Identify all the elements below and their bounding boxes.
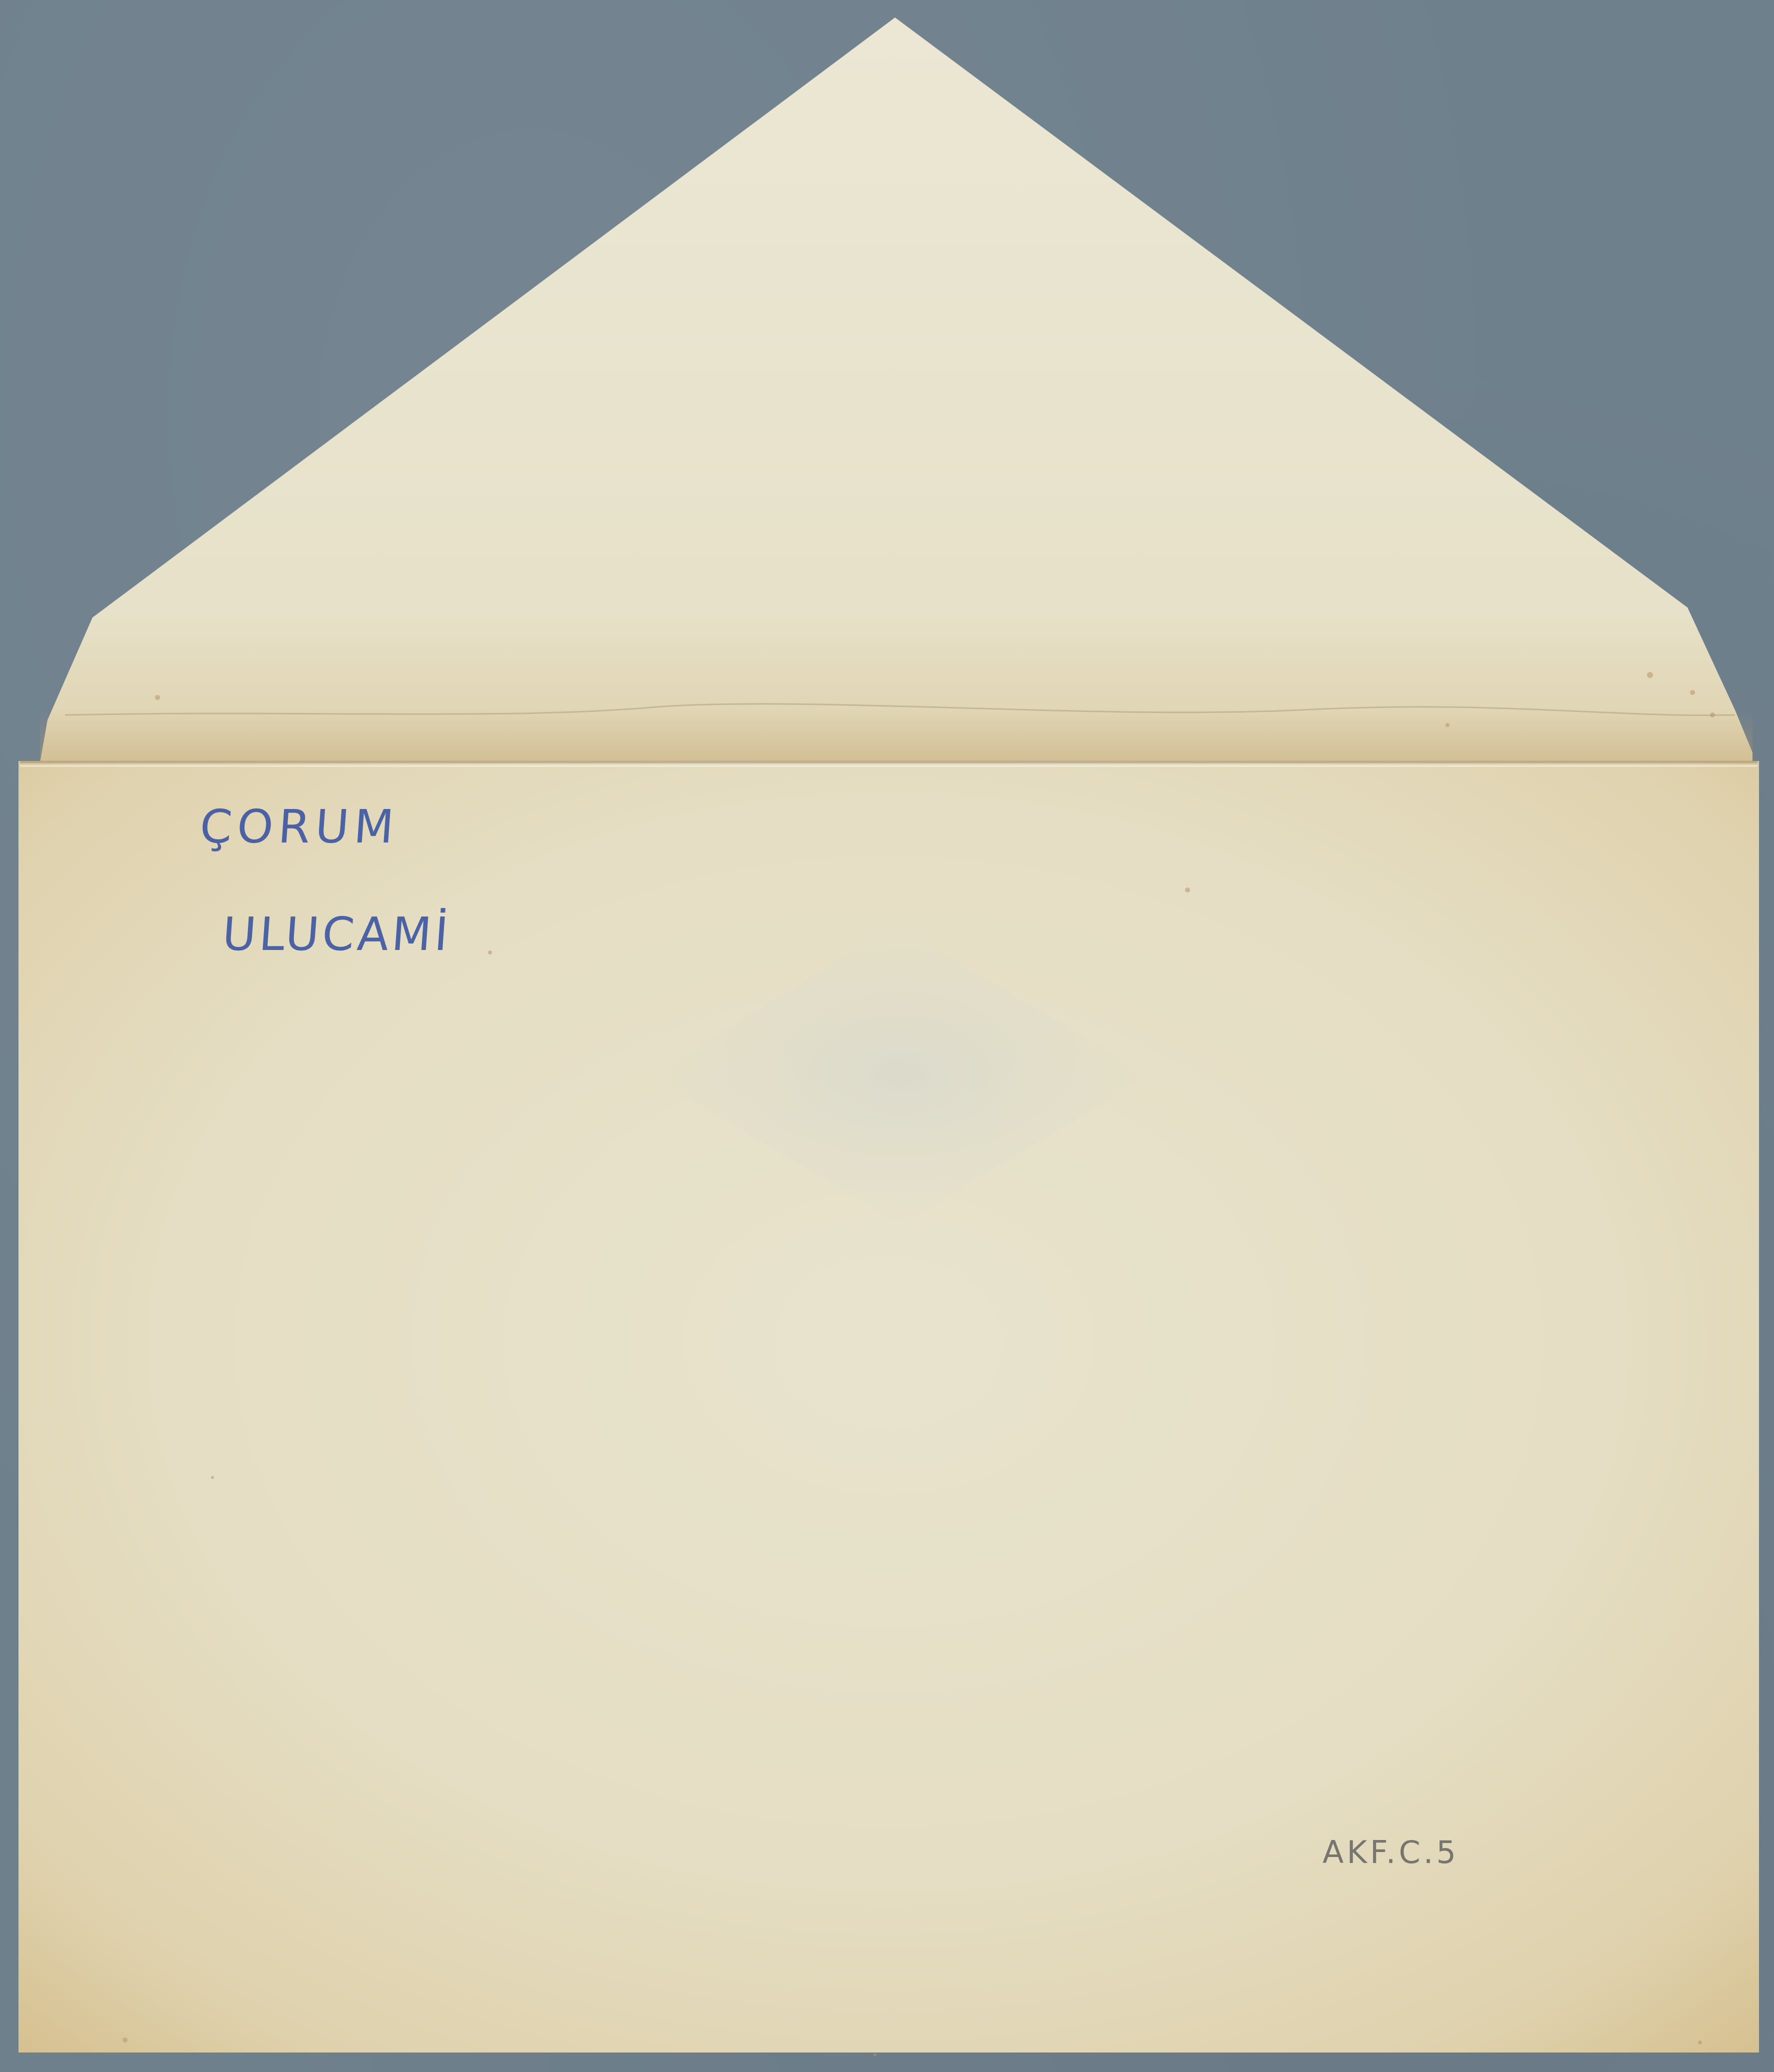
envelope-flap [40, 17, 1752, 762]
handwritten-mosque-name: ULUCAMİ [220, 907, 453, 961]
envelope [0, 0, 1774, 2072]
handwritten-city-name: ÇORUM [198, 800, 400, 853]
flap-fold-shadow [40, 710, 1752, 762]
pencil-reference-number: AKF.C.5 [1322, 1834, 1459, 1870]
